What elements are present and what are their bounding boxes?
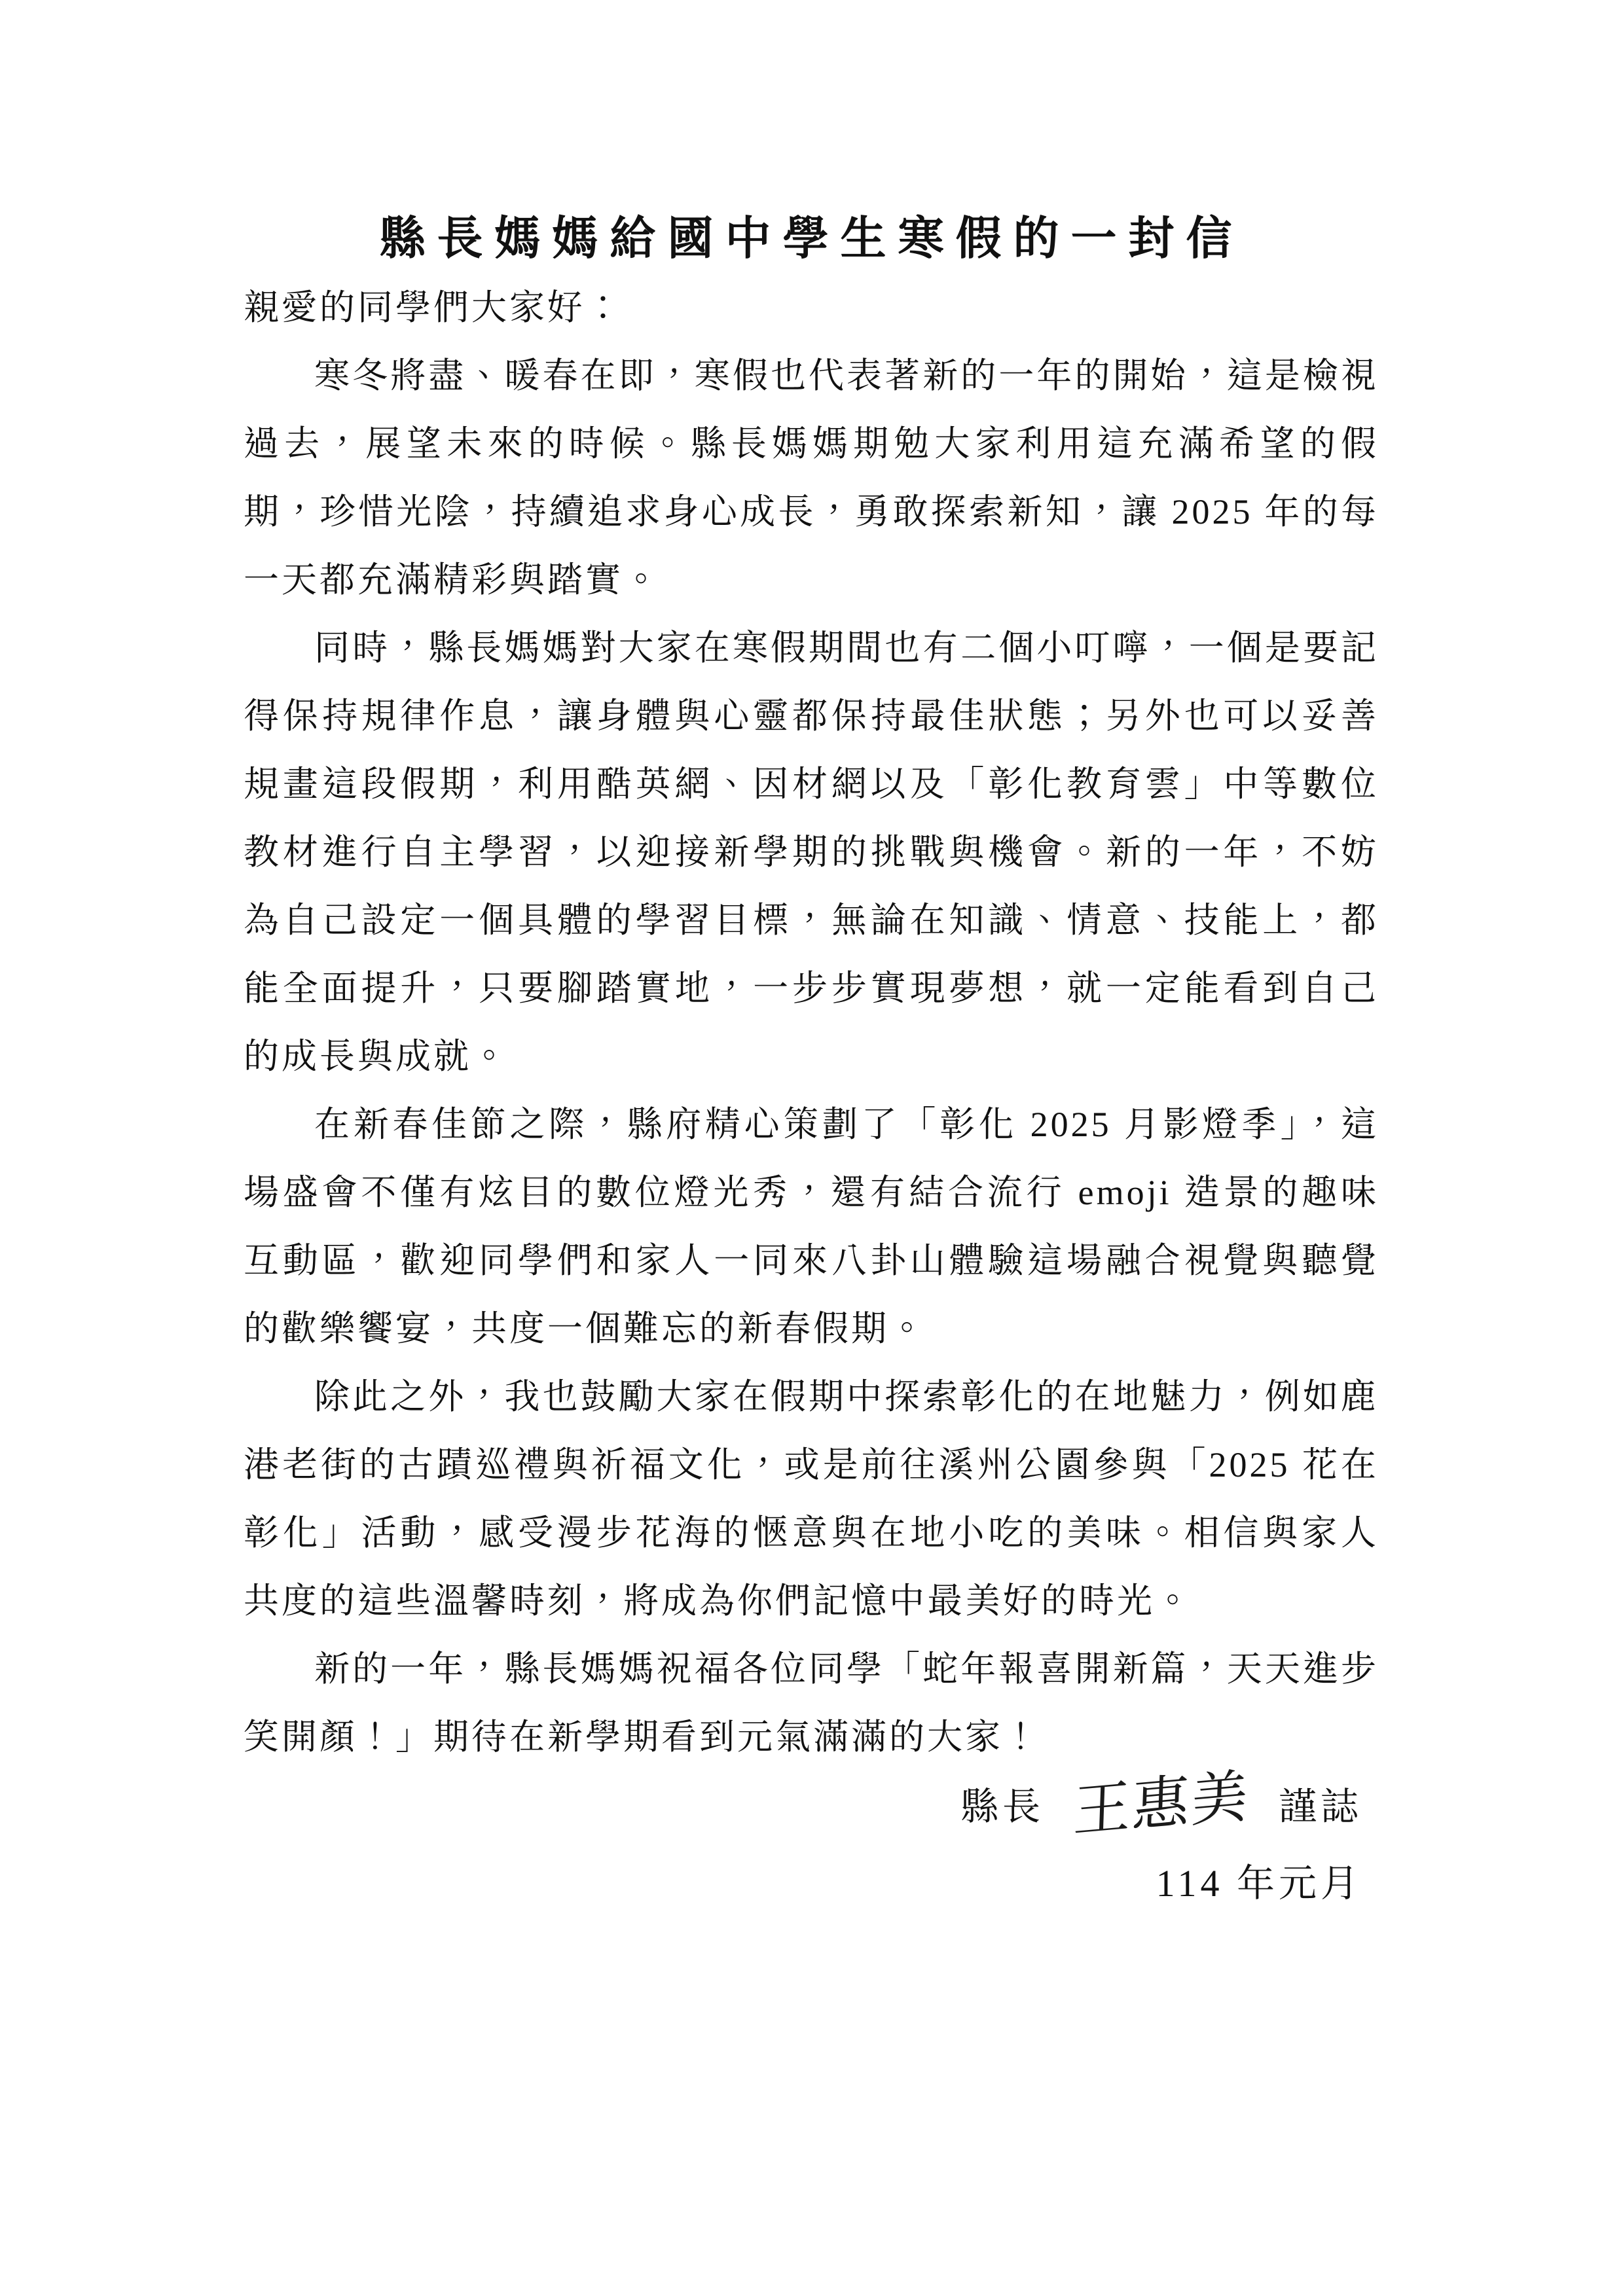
signature-handwritten-name: 王惠美 [1072,1750,1250,1848]
signature-role: 縣長 [960,1776,1044,1831]
letter-body: 親愛的同學們大家好： 寒冬將盡、暖春在即，寒假也代表著新的一年的開始，這是檢視過… [244,274,1379,1771]
signature-date: 114 年元月 [1156,1852,1362,1907]
paragraph-2: 同時，縣長媽媽對大家在寒假期間也有二個小叮嚀，一個是要記得保持規律作息，讓身體與… [244,614,1379,1090]
paragraph-4: 除此之外，我也鼓勵大家在假期中探索彰化的在地魅力，例如鹿港老街的古蹟巡禮與祈福文… [244,1363,1379,1635]
signature-block: 縣長 王惠美 謹誌 [960,1761,1362,1846]
paragraph-3: 在新春佳節之際，縣府精心策劃了「彰化 2025 月影燈季」，這場盛會不僅有炫目的… [244,1090,1379,1363]
letter-title: 縣長媽媽給國中學生寒假的一封信 [0,202,1623,268]
signature-closing: 謹誌 [1279,1776,1362,1831]
paragraph-1: 寒冬將盡、暖春在即，寒假也代表著新的一年的開始，這是檢視過去，展望未來的時候。縣… [244,342,1379,614]
paragraph-5: 新的一年，縣長媽媽祝福各位同學「蛇年報喜開新篇，天天進步笑開顏！」期待在新學期看… [244,1635,1379,1771]
salutation-line: 親愛的同學們大家好： [244,274,1379,342]
letter-page: 縣長媽媽給國中學生寒假的一封信 親愛的同學們大家好： 寒冬將盡、暖春在即，寒假也… [0,0,1623,2296]
